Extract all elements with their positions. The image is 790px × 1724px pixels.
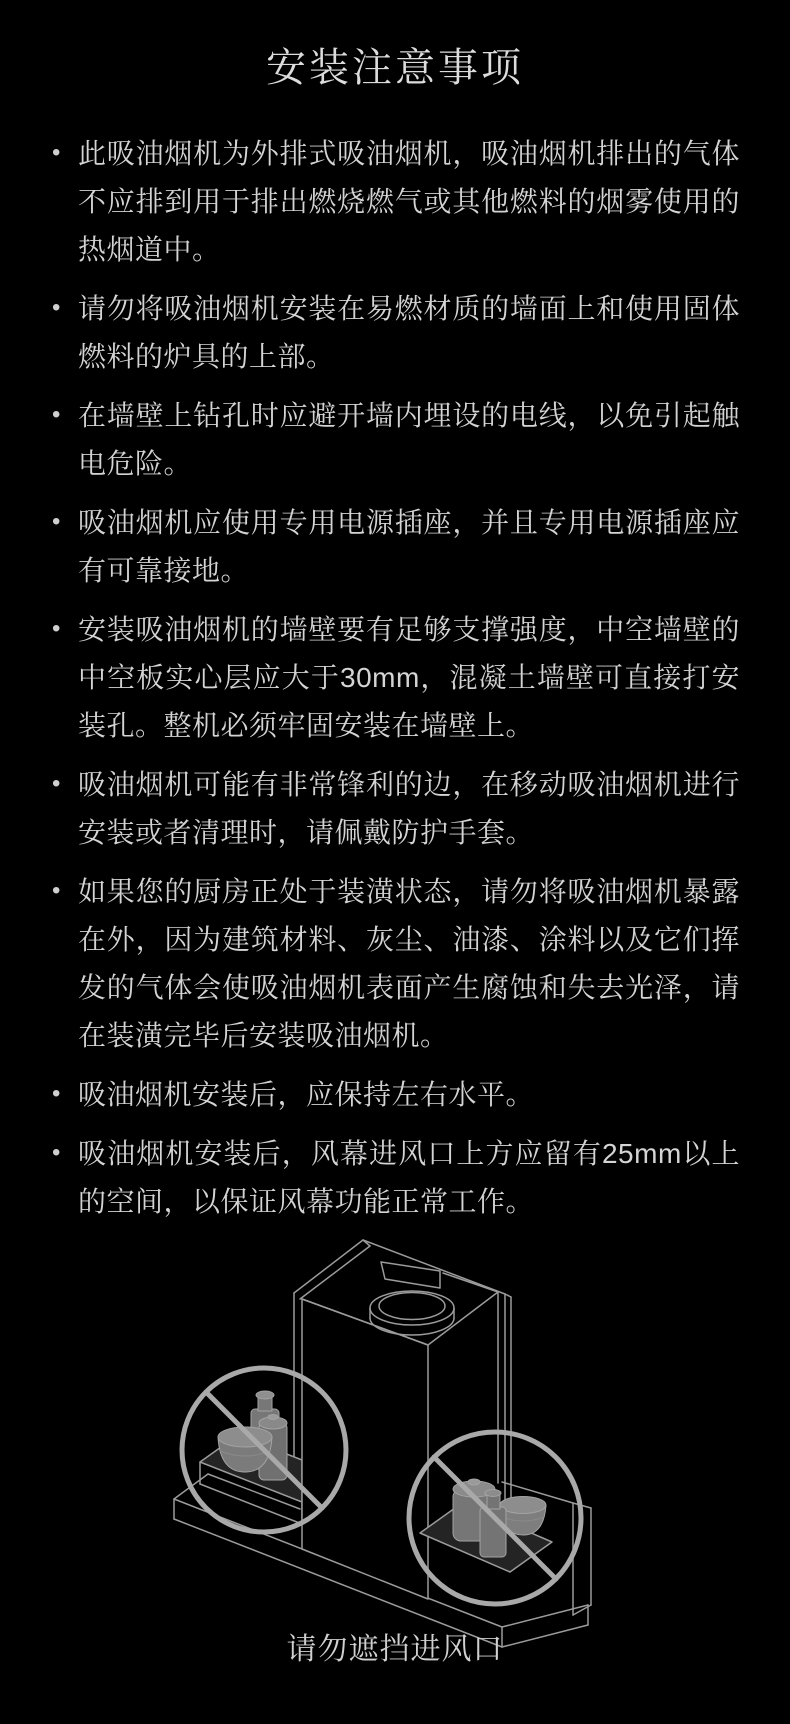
no-blocking-icon-right bbox=[409, 1432, 581, 1604]
page-title: 安装注意事项 bbox=[0, 0, 790, 92]
note-item: 请勿将吸油烟机安装在易燃材质的墙面上和使用固体燃料的炉具的上部。 bbox=[78, 285, 740, 381]
hood-figure: 请勿遮挡进风口 bbox=[0, 1237, 790, 1667]
notes-list: 此吸油烟机为外排式吸油烟机，吸油烟机排出的气体不应排到用于排出燃烧燃气或其他燃料… bbox=[78, 130, 740, 1226]
figure-caption: 请勿遮挡进风口 bbox=[0, 1633, 790, 1667]
note-item: 吸油烟机安装后，风幕进风口上方应留有25mm以上的空间，以保证风幕功能正常工作。 bbox=[78, 1130, 740, 1226]
note-item: 此吸油烟机为外排式吸油烟机，吸油烟机排出的气体不应排到用于排出燃烧燃气或其他燃料… bbox=[78, 130, 740, 274]
note-item: 如果您的厨房正处于装潢状态，请勿将吸油烟机暴露在外，因为建筑材料、灰尘、油漆、涂… bbox=[78, 868, 740, 1060]
installation-notes-page: 安装注意事项 此吸油烟机为外排式吸油烟机，吸油烟机排出的气体不应排到用于排出燃烧… bbox=[0, 0, 790, 1724]
note-item: 吸油烟机可能有非常锋利的边，在移动吸油烟机进行安装或者清理时，请佩戴防护手套。 bbox=[78, 761, 740, 857]
note-item: 安装吸油烟机的墙壁要有足够支撑强度，中空墙壁的中空板实心层应大于30mm，混凝土… bbox=[78, 606, 740, 750]
note-item: 在墙壁上钻孔时应避开墙内埋设的电线，以免引起触电危险。 bbox=[78, 392, 740, 488]
note-item: 吸油烟机应使用专用电源插座，并且专用电源插座应有可靠接地。 bbox=[78, 499, 740, 595]
note-item: 吸油烟机安装后，应保持左右水平。 bbox=[78, 1071, 740, 1119]
range-hood-illustration bbox=[150, 1237, 630, 1649]
